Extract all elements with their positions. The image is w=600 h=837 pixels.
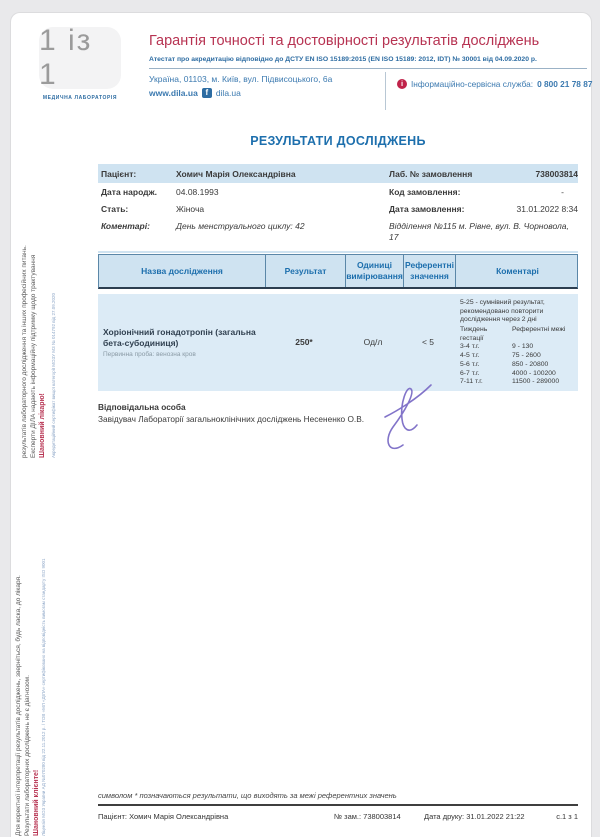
website-link: www.dila.ua	[149, 88, 198, 98]
accreditation-line: Атестат про акредитацію відповідно до ДС…	[149, 56, 589, 63]
sex-label: Стать:	[101, 204, 176, 214]
header-divider	[149, 68, 587, 69]
document-page: 1 із 1 медична лабораторія Гарантія точн…	[10, 12, 592, 837]
lab-logo-caption: медична лабораторія	[35, 95, 125, 101]
col-header-units: Одиниці вимірювання	[345, 255, 403, 287]
client-note-title: Шановний клієнте!	[32, 479, 41, 836]
patient-row-sex: Стать: Жіноча Дата замовлення: 31.01.202…	[98, 200, 578, 217]
facebook-handle: dila.ua	[216, 88, 241, 98]
dob-value: 04.08.1993	[176, 187, 389, 197]
lab-address: Україна, 01103, м. Київ, вул. Підвисоцьк…	[149, 74, 332, 84]
license-line-top: Акредитаційний сертифікат вищої категорі…	[51, 118, 57, 458]
comments-label: Коментарі:	[101, 221, 176, 231]
lab-web-links: www.dila.ua dila.ua	[149, 88, 241, 98]
col-header-test-name: Назва дослідження	[99, 255, 265, 287]
col-header-comments: Коментарі	[455, 255, 579, 287]
asterisk-footnote: символом * позначаються результати, що в…	[98, 791, 397, 800]
signature	[369, 381, 449, 453]
comment-intro: 5-25 - сумнівний результат, рекомендован…	[460, 299, 574, 325]
gestation-range: 9 - 130	[512, 343, 574, 352]
page-counter-label: 1 із 1	[39, 24, 121, 92]
lab-order-value: 738003814	[484, 169, 578, 179]
test-sample-note: Первинна проба: венозна кров	[103, 351, 196, 358]
gestation-range: 11500 - 289000	[512, 378, 574, 387]
gestation-week: 4-5 т.г.	[460, 352, 508, 361]
gestation-range: 75 - 2600	[512, 352, 574, 361]
service-label: Інформаційно-сервісна служба:	[411, 79, 533, 89]
gestation-range-header: Референтні межі	[512, 326, 574, 343]
order-code-value: -	[484, 187, 578, 197]
doctor-note-line2: результатів лабораторного дослідження та…	[21, 113, 30, 458]
gestation-week: 3-4 т.г.	[460, 343, 508, 352]
info-icon	[397, 79, 407, 89]
doctor-note-title: Шановний лікарю!	[38, 113, 47, 458]
col-header-result: Результат	[265, 255, 345, 287]
test-name: Хоріонічний гонадотропін (загальна бета-…	[103, 327, 256, 349]
header-vertical-divider	[385, 72, 386, 110]
client-note-rotated: Шановний клієнте! Результати лабораторни…	[15, 479, 41, 836]
responsible-name: Завідувач Лабораторії загальноклінічних …	[98, 413, 364, 425]
lab-order-label: Лаб. № замовлення	[389, 169, 484, 179]
test-name-cell: Хоріонічний гонадотропін (загальна бета-…	[98, 294, 264, 391]
gestation-range: 850 - 20800	[512, 361, 574, 370]
comments-value: День менструального циклу: 42	[176, 221, 389, 231]
table-row: Хоріонічний гонадотропін (загальна бета-…	[98, 294, 578, 391]
patient-row-name: Пацієнт: Хомич Марія Олександрівна Лаб. …	[98, 164, 578, 183]
footer-patient: Пацієнт: Хомич Марія Олександрівна	[98, 812, 228, 821]
report-title: РЕЗУЛЬТАТИ ДОСЛІДЖЕНЬ	[98, 134, 578, 148]
footer-row: Пацієнт: Хомич Марія Олександрівна № зам…	[98, 812, 578, 826]
results-table-header: Назва дослідження Результат Одиниці вимі…	[98, 254, 578, 289]
service-phone-line: Інформаційно-сервісна служба: 0 800 21 7…	[397, 79, 592, 89]
order-code-label: Код замовлення:	[389, 187, 484, 197]
doctor-note-line1: Експерти ДІЛА надають інформаційну підтр…	[30, 113, 39, 458]
gestation-week-header: Тиждень гестації	[460, 326, 508, 343]
sex-value: Жіноча	[176, 204, 389, 214]
gestation-week: 5-6 т.г.	[460, 361, 508, 370]
order-date-value: 31.01.2022 8:34	[484, 204, 578, 214]
branch-value: Відділення №115 м. Рівне, вул. В. Чорнов…	[389, 221, 578, 244]
client-note-line2: Для коректної інтерпретації результатів …	[15, 479, 24, 836]
responsible-label: Відповідальна особа	[98, 401, 364, 413]
gestation-reference-table: Тиждень гестації Референтні межі 3-4 т.г…	[460, 326, 574, 387]
gestation-week: 6-7 т.г.	[460, 370, 508, 379]
test-units-cell: Од/л	[344, 294, 402, 391]
col-header-reference: Референтні значення	[403, 255, 455, 287]
footer-print-date: Дата друку: 31.01.2022 21:22	[424, 812, 525, 821]
dob-label: Дата народж.	[101, 187, 176, 197]
order-date-label: Дата замовлення:	[389, 204, 484, 214]
patient-row-dob: Дата народж. 04.08.1993 Код замовлення: …	[98, 183, 578, 200]
results-table: Назва дослідження Результат Одиниці вимі…	[98, 254, 578, 391]
patient-row-comments: Коментарі: День менструального циклу: 42…	[98, 217, 578, 247]
doctor-note-rotated: Шановний лікарю! Експерти ДІЛА надають і…	[21, 113, 47, 458]
test-result-cell: 250*	[264, 294, 344, 391]
patient-info-block: Пацієнт: Хомич Марія Олександрівна Лаб. …	[98, 164, 578, 253]
footer-order-number: № зам.: 738003814	[334, 812, 401, 821]
service-phone: 0 800 21 78 87	[537, 79, 592, 89]
facebook-icon	[202, 88, 212, 98]
header-slogan: Гарантія точності та достовірності резул…	[149, 33, 589, 49]
gestation-range: 4000 - 100200	[512, 370, 574, 379]
license-line-bottom: Ліцензія МОЗ України АД №070280 від 22.1…	[41, 484, 47, 836]
patient-name-value: Хомич Марія Олександрівна	[176, 169, 389, 179]
responsible-person-block: Відповідальна особа Завідувач Лабораторі…	[98, 401, 364, 426]
patient-name-label: Пацієнт:	[101, 169, 176, 179]
page-counter-badge: 1 із 1	[39, 27, 121, 89]
footer-page-number: с.1 з 1	[556, 812, 578, 821]
footer-divider	[98, 804, 578, 806]
client-note-line1: Результати лабораторних досліджень не є …	[24, 479, 33, 836]
gestation-week: 7-11 т.г.	[460, 378, 508, 387]
test-reference-cell: < 5	[402, 294, 454, 391]
test-comment-cell: 5-25 - сумнівний результат, рекомендован…	[454, 294, 578, 391]
